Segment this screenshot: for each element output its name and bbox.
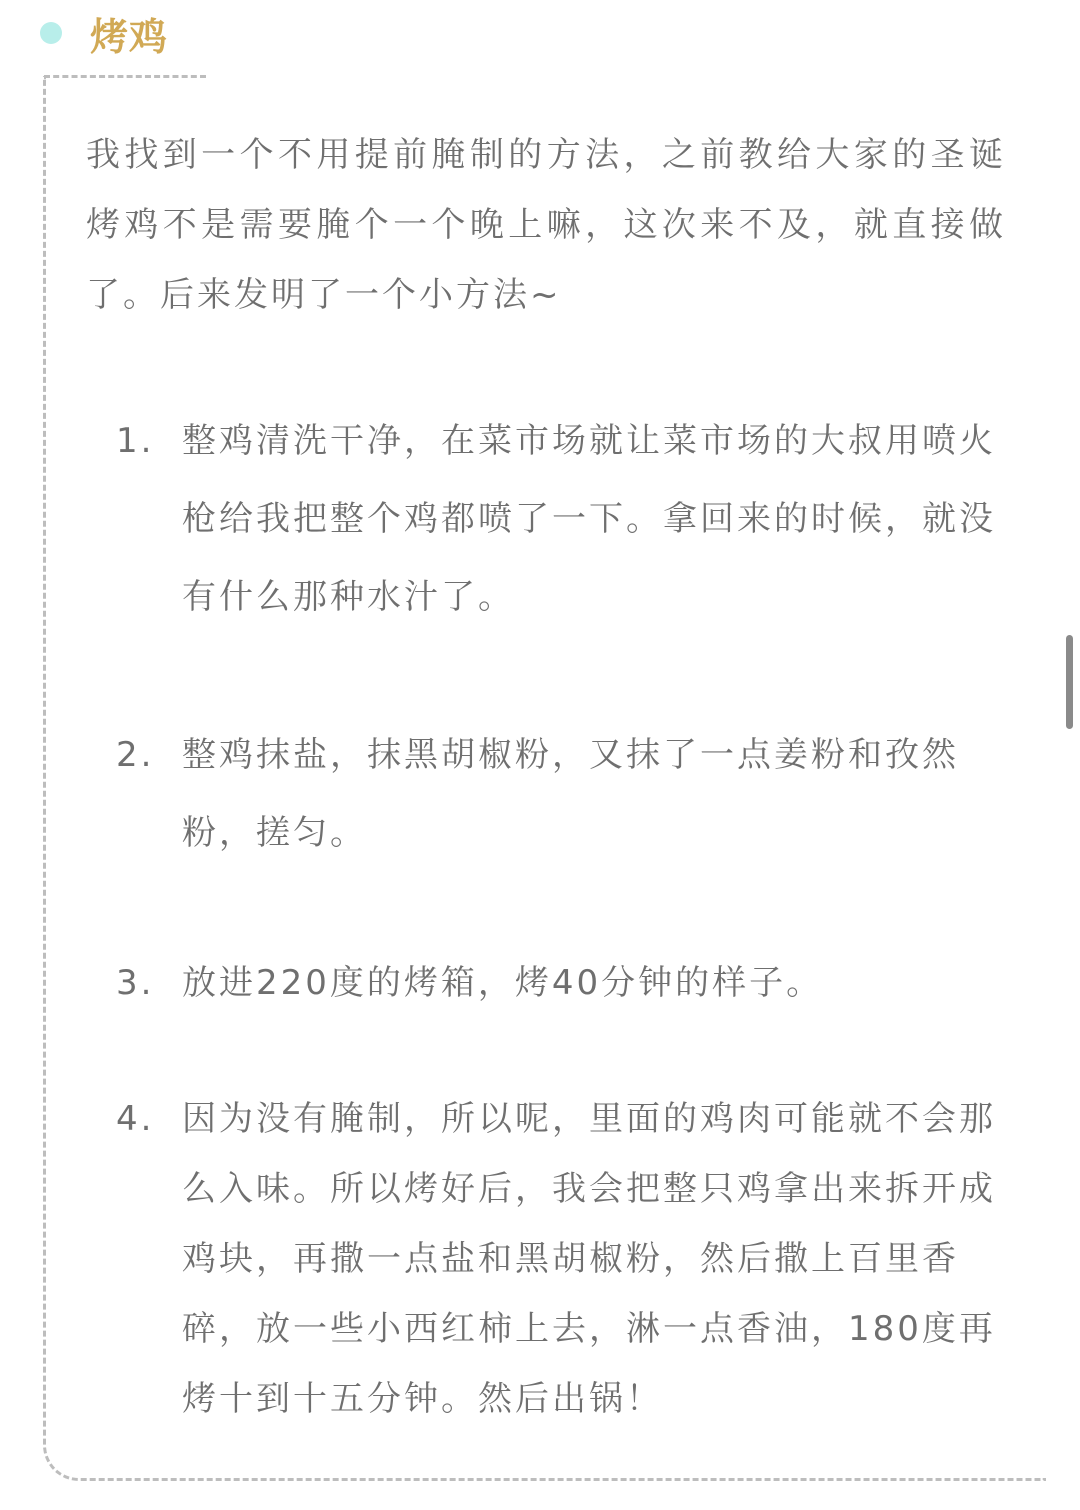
intro-paragraph: 我找到一个不用提前腌制的方法，之前教给大家的圣诞烤鸡不是需要腌个一个晚上嘛，这次… — [86, 120, 1006, 330]
step-item: 3. 放进220度的烤箱，烤40分钟的样子。 — [86, 944, 1006, 1022]
step-text: 整鸡抹盐，抹黑胡椒粉，又抹了一点姜粉和孜然粉，搓匀。 — [182, 735, 959, 853]
recipe-content: 我找到一个不用提前腌制的方法，之前教给大家的圣诞烤鸡不是需要腌个一个晚上嘛，这次… — [86, 120, 1006, 1434]
section-title: 烤鸡 — [90, 6, 168, 61]
section-header: 烤鸡 — [40, 8, 168, 58]
step-number: 4. — [116, 1084, 154, 1154]
step-number: 3. — [116, 944, 154, 1022]
step-item: 2. 整鸡抹盐，抹黑胡椒粉，又抹了一点姜粉和孜然粉，搓匀。 — [86, 716, 1006, 872]
steps-list: 1. 整鸡清洗干净，在菜市场就让菜市场的大叔用喷火枪给我把整个鸡都喷了一下。拿回… — [86, 402, 1006, 1434]
scrollbar-thumb[interactable] — [1066, 635, 1073, 729]
step-text: 整鸡清洗干净，在菜市场就让菜市场的大叔用喷火枪给我把整个鸡都喷了一下。拿回来的时… — [182, 421, 996, 617]
step-number: 2. — [116, 716, 154, 794]
step-text: 放进220度的烤箱，烤40分钟的样子。 — [182, 963, 823, 1003]
step-item: 1. 整鸡清洗干净，在菜市场就让菜市场的大叔用喷火枪给我把整个鸡都喷了一下。拿回… — [86, 402, 1006, 636]
step-item: 4. 因为没有腌制，所以呢，里面的鸡肉可能就不会那么入味。所以烤好后，我会把整只… — [86, 1084, 1006, 1434]
step-number: 1. — [116, 402, 154, 480]
step-text: 因为没有腌制，所以呢，里面的鸡肉可能就不会那么入味。所以烤好后，我会把整只鸡拿出… — [182, 1099, 996, 1419]
bullet-dot-icon — [40, 22, 62, 44]
